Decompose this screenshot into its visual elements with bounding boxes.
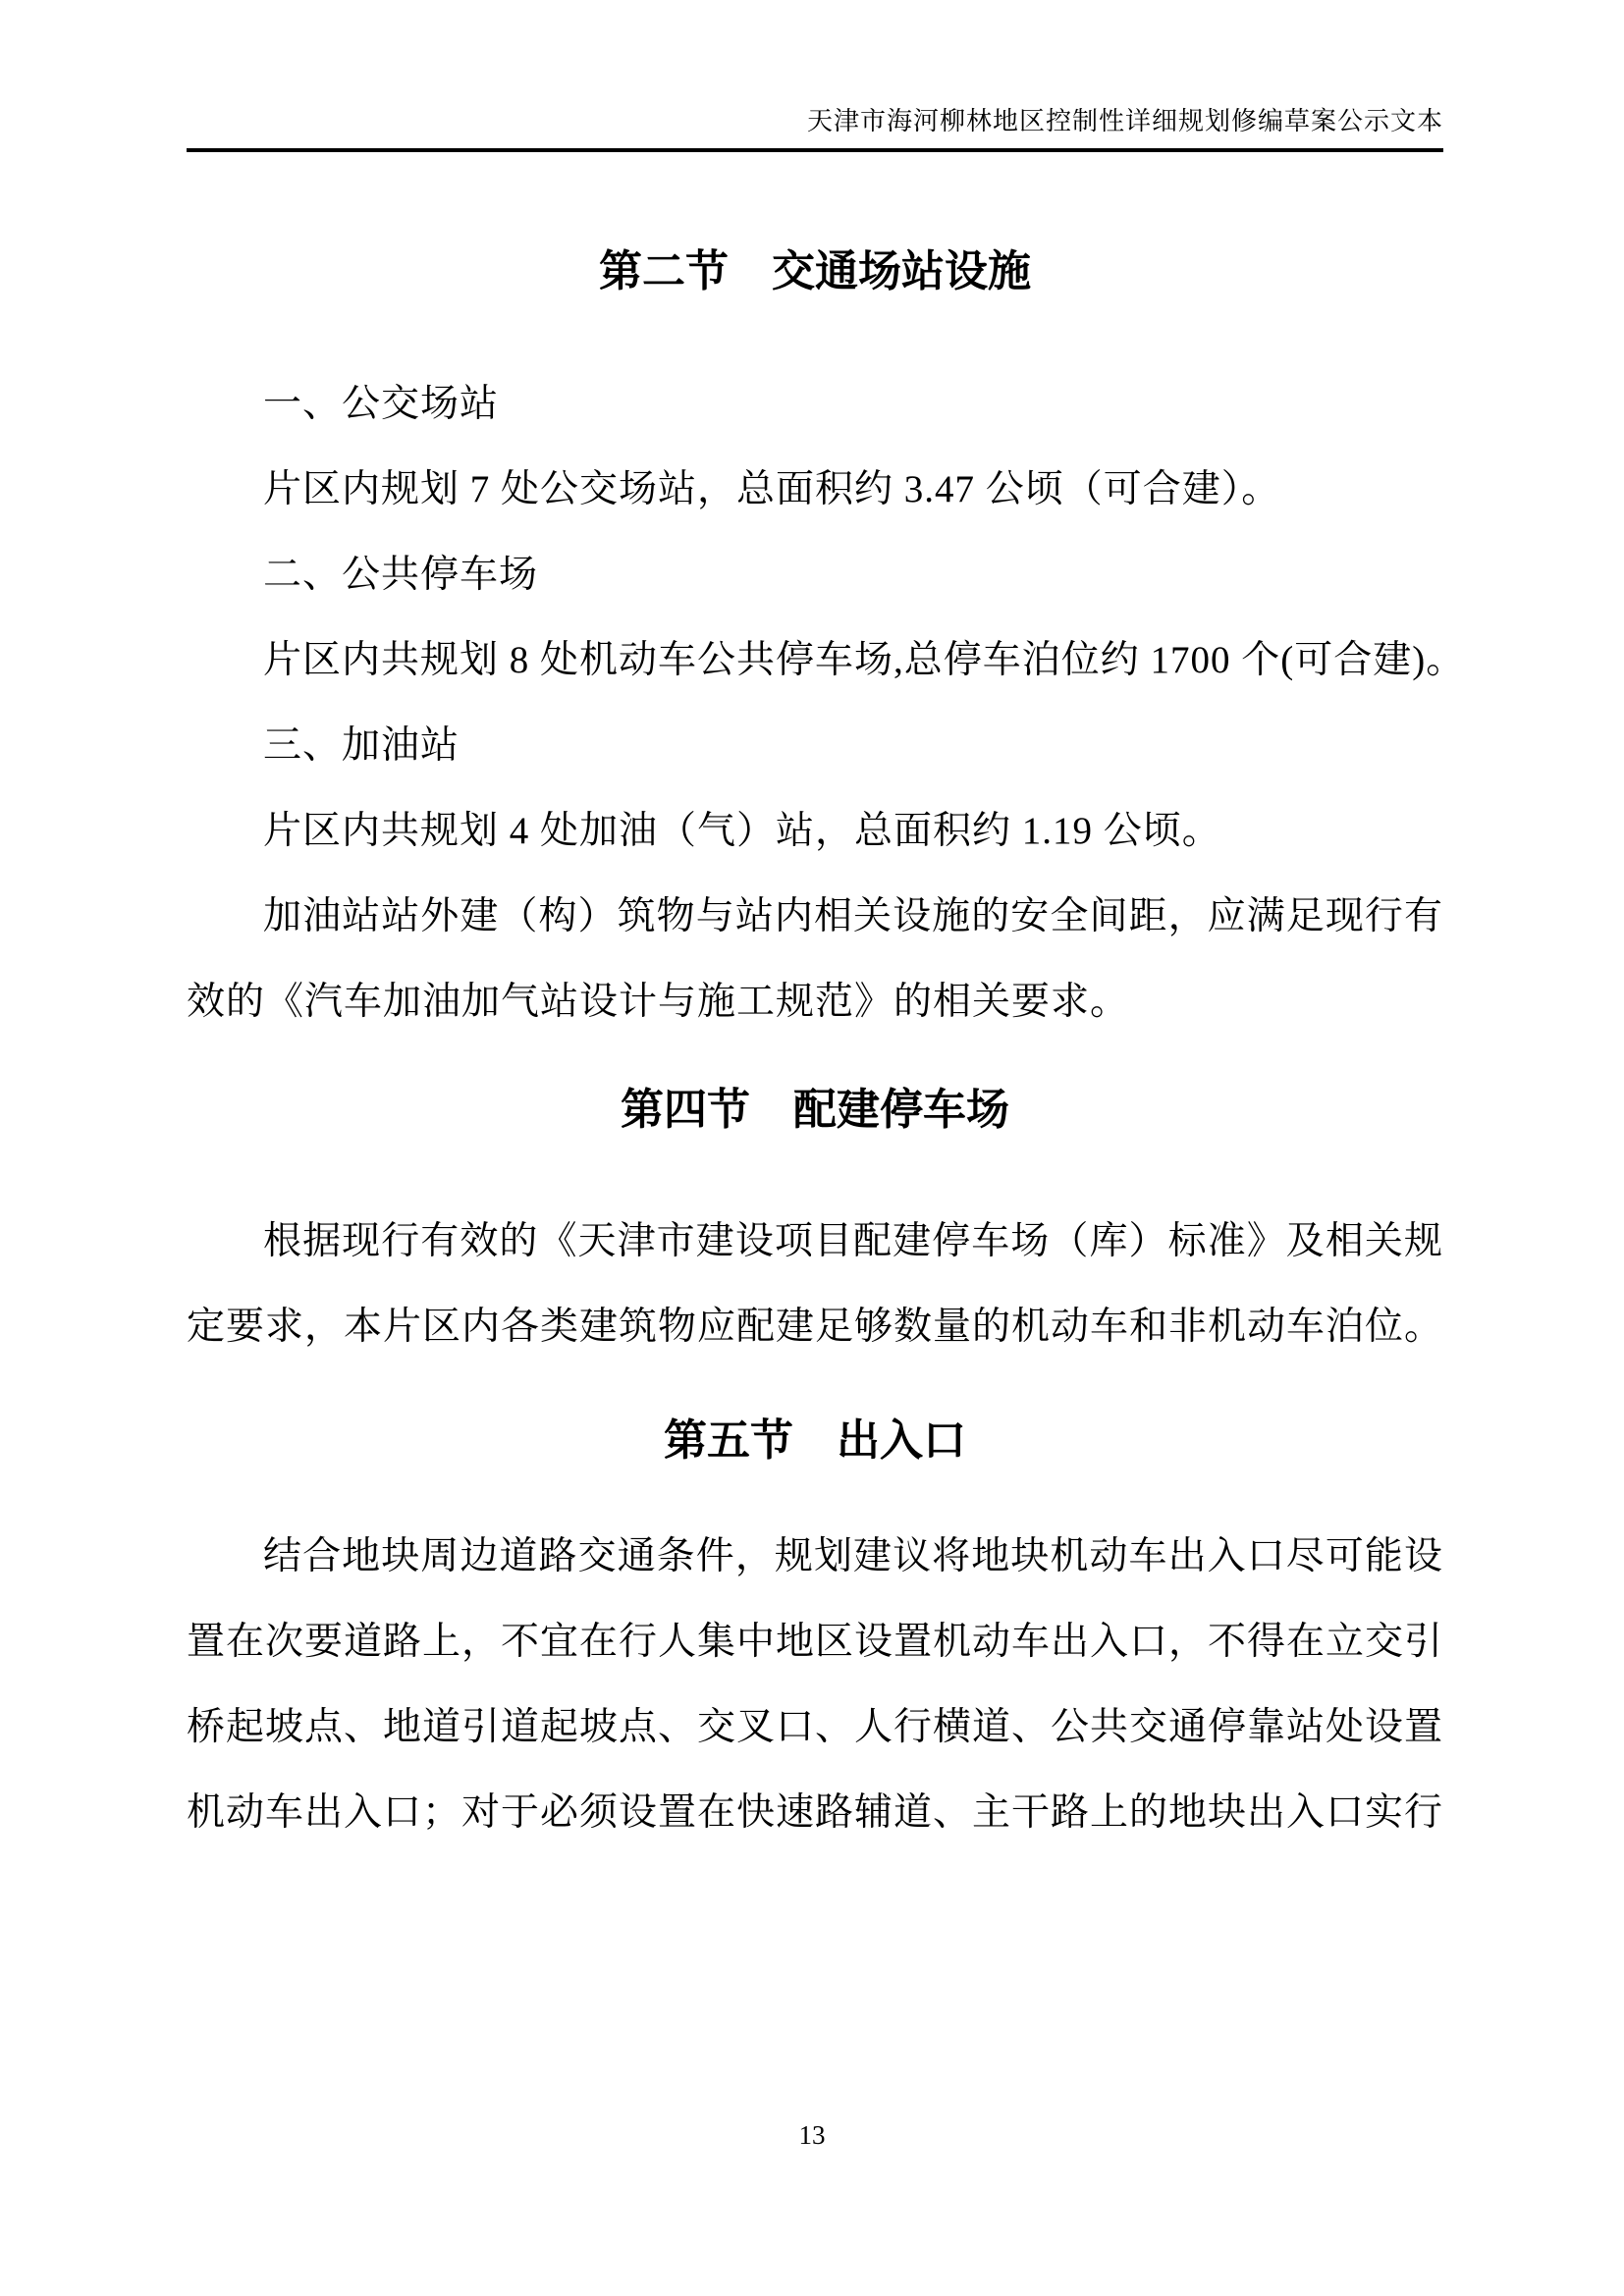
para-gas-stations-detail: 片区内共规划 4 处加油（气）站，总面积约 1.19 公顷。 xyxy=(187,788,1443,874)
list-item-public-parking: 二、公共停车场 xyxy=(187,532,1443,617)
list-item-bus-stations: 一、公交场站 xyxy=(187,361,1443,447)
section-title-traffic-stations: 第二节 交通场站设施 xyxy=(187,247,1443,296)
para-bus-stations-detail: 片区内规划 7 处公交场站，总面积约 3.47 公顷（可合建）。 xyxy=(187,447,1443,532)
section-title-allocated-parking: 第四节 配建停车场 xyxy=(187,1086,1443,1135)
para-public-parking-detail: 片区内共规划 8 处机动车公共停车场,总停车泊位约 1700 个(可合建)。 xyxy=(187,617,1443,703)
page-number: 13 xyxy=(0,2120,1624,2151)
header-title: 天津市海河柳林地区控制性详细规划修编草案公示文本 xyxy=(807,107,1443,135)
document-page: 天津市海河柳林地区控制性详细规划修编草案公示文本 第二节 交通场站设施 一、公交… xyxy=(0,0,1624,2296)
list-item-gas-stations: 三、加油站 xyxy=(187,703,1443,788)
section-title-entrances-exits: 第五节 出入口 xyxy=(187,1416,1443,1466)
page-content: 第二节 交通场站设施 一、公交场站 片区内规划 7 处公交场站，总面积约 3.4… xyxy=(187,247,1443,1855)
para-allocated-parking: 根据现行有效的《天津市建设项目配建停车场（库）标准》及相关规定要求，本片区内各类… xyxy=(187,1199,1443,1369)
para-gas-station-safety: 加油站站外建（构）筑物与站内相关设施的安全间距，应满足现行有效的《汽车加油加气站… xyxy=(187,874,1443,1044)
page-header: 天津市海河柳林地区控制性详细规划修编草案公示文本 xyxy=(187,102,1443,152)
para-entrances-exits: 结合地块周边道路交通条件，规划建议将地块机动车出入口尽可能设置在次要道路上，不宜… xyxy=(187,1514,1443,1855)
